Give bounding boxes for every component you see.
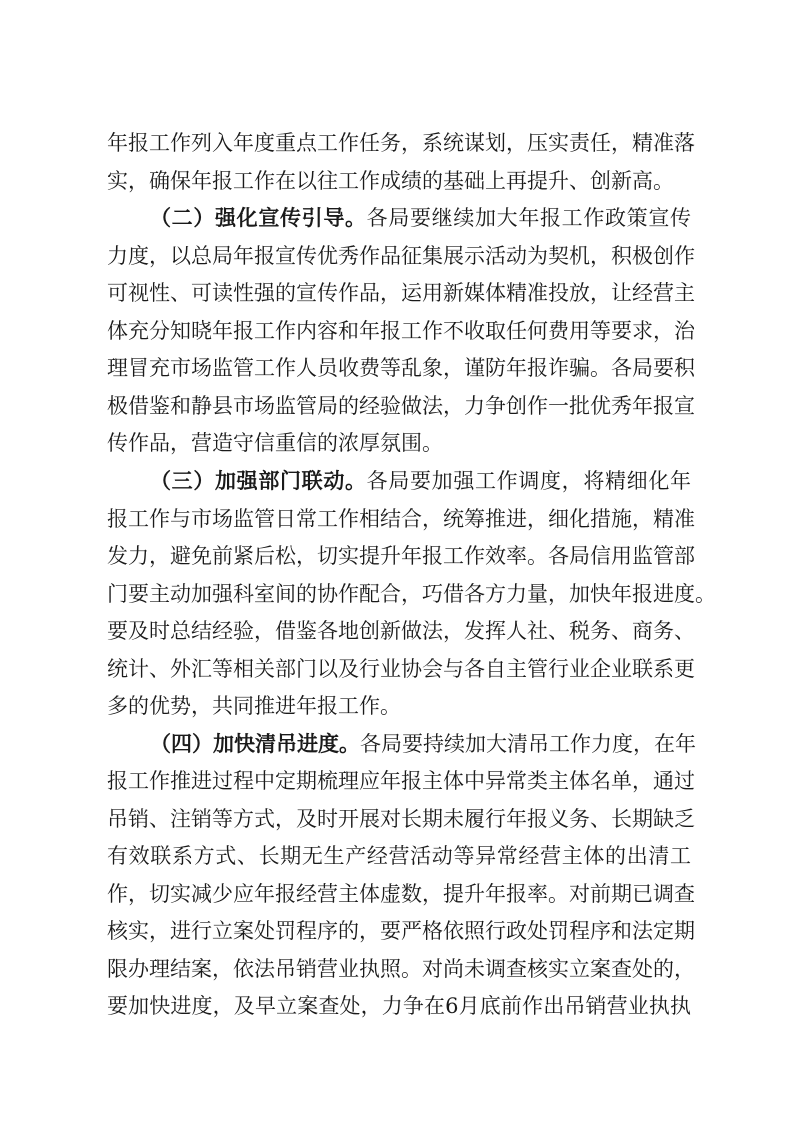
text-line: 统计、外汇等相关部门以及行业协会与各自主管行业企业联系更 <box>107 654 691 684</box>
text-line: 传作品，营造守信重信的浓厚氛围。 <box>107 428 691 458</box>
text-line: 力度，以总局年报宣传优秀作品征集展示活动为契机，积极创作 <box>107 241 691 271</box>
text-line: 年报工作列入年度重点工作任务，系统谋划，压实责任，精准落 <box>107 128 691 158</box>
text-line: 多的优势，共同推进年报工作。 <box>107 691 691 721</box>
text-span: 各局要加强工作调度，将精细化年 <box>367 469 691 493</box>
section-heading-3: （三）加强部门联动。 <box>150 469 367 493</box>
text-line: 体充分知晓年报工作内容和年报工作不收取任何费用等要求，治 <box>107 316 691 346</box>
paragraph-first-line: （三）加强部门联动。各局要加强工作调度，将精细化年 <box>150 466 691 496</box>
text-line: 门要主动加强科室间的协作配合，巧借各方力量，加快年报进度。 <box>107 579 691 609</box>
text-span: 各局要持续加大清吊工作力度，在年 <box>360 732 696 756</box>
text-line: 作，切实减少应年报经营主体虚数，提升年报率。对前期已调查 <box>107 879 691 909</box>
paragraph-first-line: （二）强化宣传引导。各局要继续加大年报工作政策宣传 <box>150 203 691 233</box>
text-line: 吊销、注销等方式，及时开展对长期未履行年报义务、长期缺乏 <box>107 804 691 834</box>
text-line: 发力，避免前紧后松，切实提升年报工作效率。各局信用监管部 <box>107 541 691 571</box>
text-line: 限办理结案，依法吊销营业执照。对尚未调查核实立案查处的， <box>107 954 691 984</box>
text-line: 理冒充市场监管工作人员收费等乱象，谨防年报诈骗。各局要积 <box>107 353 691 383</box>
text-line: 有效联系方式、长期无生产经营活动等异常经营主体的出清工 <box>107 841 691 871</box>
text-line: 报工作与市场监管日常工作相结合，统筹推进，细化措施，精准 <box>107 504 691 534</box>
text-line: 要及时总结经验，借鉴各地创新做法，发挥人社、税务、商务、 <box>107 616 691 646</box>
text-line: 核实，进行立案处罚程序的，要严格依照行政处罚程序和法定期 <box>107 916 691 946</box>
section-heading-2: （二）强化宣传引导。 <box>150 206 367 230</box>
text-line: 报工作推进过程中定期梳理应年报主体中异常类主体名单，通过 <box>107 766 691 796</box>
text-line: 可视性、可读性强的宣传作品，运用新媒体精准投放，让经营主 <box>107 278 691 308</box>
text-line: 极借鉴和静县市场监管局的经验做法，力争创作一批优秀年报宣 <box>107 391 691 421</box>
section-heading-4: （四）加快清吊进度。 <box>150 732 360 756</box>
text-span: 各局要继续加大年报工作政策宣传 <box>367 206 691 230</box>
paragraph-first-line: （四）加快清吊进度。各局要持续加大清吊工作力度，在年 <box>150 729 691 759</box>
text-line: 要加快进度，及早立案查处，力争在6月底前作出吊销营业执执 <box>107 991 691 1021</box>
document-page: 年报工作列入年度重点工作任务，系统谋划，压实责任，精准落 实，确保年报工作在以往… <box>0 0 793 1122</box>
text-line: 实，确保年报工作在以往工作成绩的基础上再提升、创新高。 <box>107 166 691 196</box>
